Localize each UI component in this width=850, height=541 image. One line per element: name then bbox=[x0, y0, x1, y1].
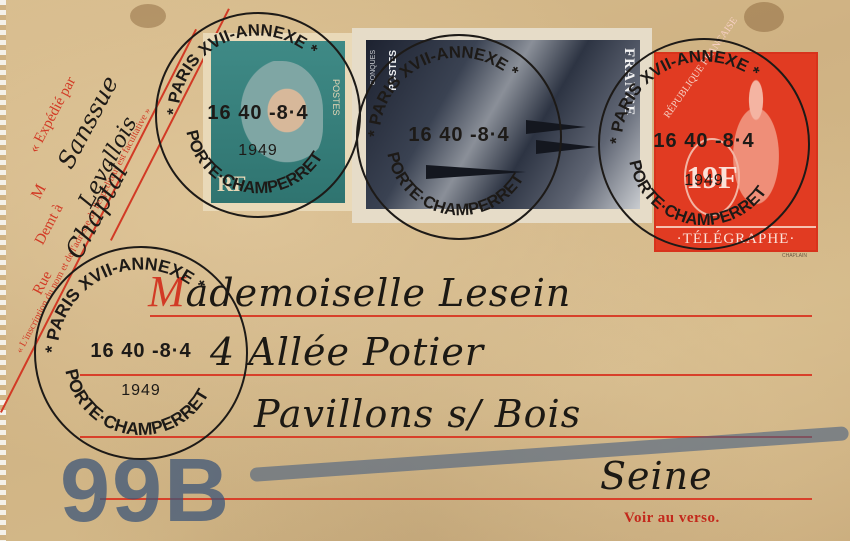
postmark-date: 16 40 -8·4 bbox=[157, 102, 359, 125]
svg-text:* PARIS XVII-ANNEXE *: * PARIS XVII-ANNEXE * bbox=[164, 20, 322, 115]
postmark-year: 1949 bbox=[36, 382, 246, 400]
postmark: * PARIS XVII-ANNEXE * PORTE·CHAMPERRET 1… bbox=[34, 246, 248, 460]
pneumatic-letter-card: « Expédié par M Demt à Rue « L'inscripti… bbox=[0, 0, 850, 541]
see-reverse-instruction: Voir au verso. bbox=[624, 510, 720, 527]
svg-text:PORTE·CHAMPERRET: PORTE·CHAMPERRET bbox=[61, 367, 212, 439]
address-line-3: Pavillons s/ Bois bbox=[254, 392, 581, 436]
sender-m-label: M bbox=[28, 181, 51, 202]
perforated-edge bbox=[0, 0, 6, 541]
postmark-date: 16 40 -8·4 bbox=[36, 340, 246, 363]
svg-text:* PARIS XVII-ANNEXE *: * PARIS XVII-ANNEXE * bbox=[42, 253, 210, 353]
postmark: * PARIS XVII-ANNEXE * PORTE·CHAMPERRET 1… bbox=[356, 34, 562, 240]
foxing-stain bbox=[744, 2, 784, 32]
svg-text:PORTE·CHAMPERRET: PORTE·CHAMPERRET bbox=[625, 158, 770, 229]
postmark-date: 16 40 -8·4 bbox=[600, 130, 808, 153]
postmark-date: 16 40 -8·4 bbox=[358, 124, 560, 147]
postmark: * PARIS XVII-ANNEXE * PORTE·CHAMPERRET 1… bbox=[155, 12, 361, 218]
address-line-4: Seine bbox=[600, 454, 713, 498]
address-line-2: 4 Allée Potier bbox=[210, 330, 484, 374]
postmark: * PARIS XVII-ANNEXE * PORTE·CHAMPERRET 1… bbox=[598, 38, 810, 250]
svg-text:* PARIS XVII-ANNEXE *: * PARIS XVII-ANNEXE * bbox=[365, 42, 523, 137]
engraver-credit: CHAPLAIN bbox=[782, 253, 807, 259]
svg-text:PORTE·CHAMPERRET: PORTE·CHAMPERRET bbox=[182, 128, 326, 197]
postmark-year: 1949 bbox=[600, 172, 808, 190]
sender-dem-label: Demt à bbox=[32, 201, 68, 248]
postmark-year: 1949 bbox=[157, 142, 359, 160]
svg-text:PORTE·CHAMPERRET: PORTE·CHAMPERRET bbox=[383, 150, 527, 219]
